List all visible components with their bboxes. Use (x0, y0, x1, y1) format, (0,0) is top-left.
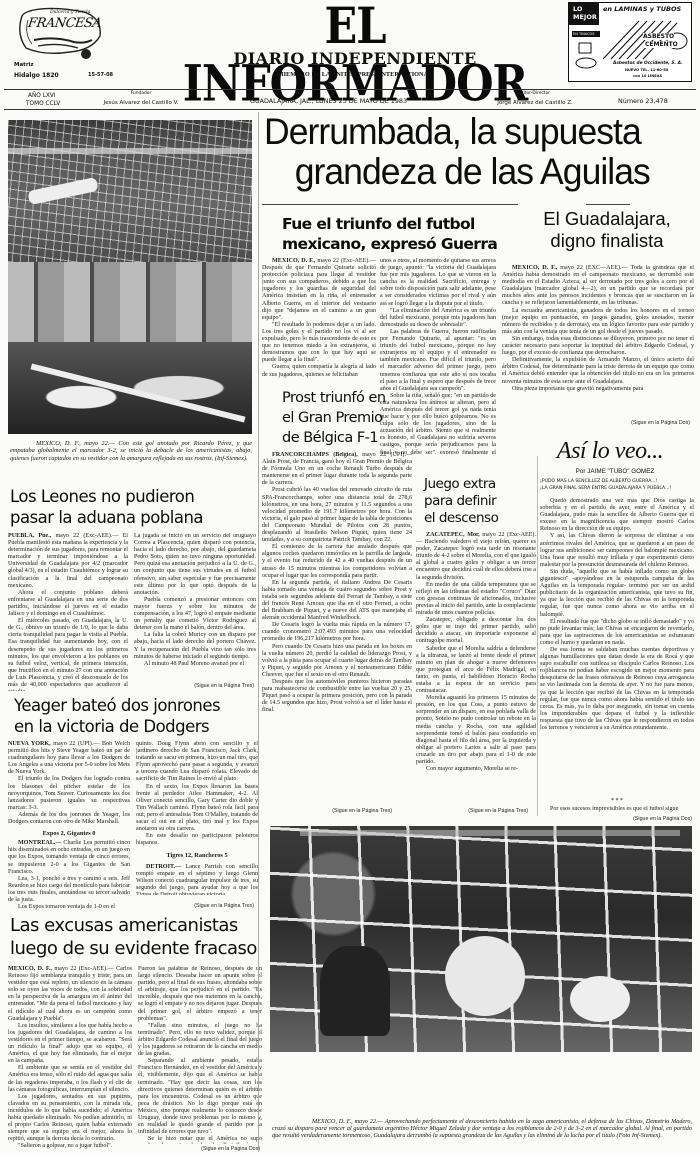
tigres-rancheros-subhead: Tigres 12, Rancheros 5 (136, 852, 258, 859)
guerra-article-col1: MEXICO, D. F., mayo 22 (Exc-AEE).— Despu… (262, 258, 376, 378)
issue-number: Número 23,478 (618, 97, 668, 105)
expos-gigantes-subhead: Expos 2, Gigantes 0 (8, 830, 130, 837)
yeager-article-col2: quinto. Doug Flynn abrió con sencillo y … (136, 741, 258, 895)
yeager-article-col1: NUEVA YORK, mayo 22 (UPI).— Bob Welch pe… (8, 741, 130, 911)
excusas-continued-link[interactable]: (Sigue en la Página Dos) (138, 1146, 260, 1152)
prost-headline-line2: el Gran Premio (282, 408, 422, 428)
ad-brand-top: Dulceria y Tienda (50, 10, 90, 15)
prost-article: FRANCORCHAMPS (Bélgica), mayo 22 (UPI).—… (262, 452, 412, 804)
asi-lo-veo-headline: Así lo veo... (550, 438, 670, 465)
yeager-headline: Yeager bateó dos jonrones en la victoria… (14, 695, 264, 737)
asi-lo-veo-continued-link[interactable]: (Sigue en la Página Dos) (560, 816, 692, 822)
ad-headline: en LAMINAS y TUBOS (603, 5, 681, 13)
leones-article-col1: PUEBLA, Pue., mayo 22 (Exc-AEE).— El Pue… (8, 533, 128, 691)
ad-side-label: EN TINACOS (572, 31, 600, 37)
prost-continued-link[interactable]: (Sigue en la Página Tres) (262, 808, 392, 814)
finalista-dateline: MEXICO, D. F., (512, 265, 557, 271)
guerra-headline: Fue el triunfo del futbol mexicano, expr… (282, 214, 502, 254)
juego-extra-dateline: ZACATEPEC, Mor, (426, 532, 480, 538)
juego-extra-article: ZACATEPEC, Mor, mayo 22 (Exc-AEE).— Haci… (416, 532, 536, 804)
masthead: Dulceria y Tienda FRANCESA Matriz Hidalg… (0, 0, 700, 88)
yeager-headline-line2: en la victoria de Dodgers (14, 716, 264, 737)
prost-headline-line1: Prost triunfó en (282, 388, 422, 408)
founder-label: Fundador (96, 91, 186, 96)
goal-net-photo[interactable] (8, 120, 252, 262)
photo-stadium-stripe (8, 148, 252, 154)
main-headline-rule-right (586, 204, 630, 205)
year-label: AÑO LXVI (28, 93, 56, 99)
asi-lo-veo-tail: Por esos sucesos imprevisibles es que el… (540, 806, 694, 813)
finalista-article: MEXICO, D. F., mayo 22 (EXC—AEE).— Toda … (502, 265, 694, 415)
photo-ad-banner (300, 830, 680, 836)
photo-player (27, 177, 98, 205)
excusas-article-col2: Fueron las palabras de Reinoso, después … (138, 966, 262, 1144)
newspaper-member-line: MIEMBRO DE LA UNITED PRESS INTERNATIONAL (150, 71, 560, 78)
excusas-article-col1: MEXICO, D. F., mayo 22 (Exc-AEE).— Carlo… (8, 966, 132, 1152)
prost-dateline: FRANCORCHAMPS (Bélgica), (272, 452, 358, 458)
ad-francesa[interactable]: Dulceria y Tienda FRANCESA Matriz Hidalg… (10, 6, 120, 80)
asi-lo-veo-stars: * * * (540, 798, 694, 804)
excusas-headline-line2: luego de su evidente fracaso (10, 937, 272, 960)
ad-phone: NUEVO TEL. 11-60-50 (625, 68, 668, 72)
main-headline-line2: grandeza de las Aguilas (264, 152, 683, 192)
column-divider (537, 456, 538, 816)
founder-name: Jesús Alvarez del Castillo V. (76, 100, 206, 106)
yeager-headline-line1: Yeager bateó dos jonrones (14, 695, 264, 716)
excusas-headline-line1: Las excusas americanistas (10, 914, 272, 937)
ad-badge-line1: LO (573, 5, 597, 13)
leones-continued-link[interactable]: (Sigue en la Página Tres) (134, 683, 254, 689)
main-headline: Derrumbada, la supuesta grandeza de las … (264, 112, 700, 192)
goal-bottom-photo[interactable] (270, 826, 692, 1052)
dateline: GUADALAJARA, JAL., LUNES 23 DE MAYO DE 1… (250, 97, 407, 105)
editor-label: Editor-Director (494, 91, 574, 96)
asi-lo-veo-byline: Por JAIME "TUBO" GOMEZ (560, 468, 670, 475)
ad-asbestos[interactable]: LO MEJOR en LAMINAS y TUBOS EN TINACOS A… (568, 2, 692, 82)
ad-lines: con 10 LINEAS (633, 74, 662, 78)
finalista-continued-link[interactable]: (Sigue en la Página Dos) (560, 420, 690, 426)
column-divider (258, 112, 259, 1152)
prost-headline: Prost triunfó en el Gran Premio de Bélgi… (282, 388, 422, 448)
ad-brand: FRANCESA (27, 16, 102, 31)
asi-lo-veo-kicker1: ¡PUDO MAS LA SENCILLEZ DE ALBERTO GUERRA… (540, 479, 700, 484)
water-tank-icon (573, 41, 599, 69)
juego-extra-continued-link[interactable]: (Sigue en la Página Tres) (416, 808, 528, 814)
excusas-dateline: MEXICO, D. F., (8, 966, 52, 972)
main-headline-rule-left (262, 204, 518, 205)
photo-goalkeeper (320, 946, 390, 1036)
leones-article-col2: La jugada se inició en un servicio del u… (134, 533, 256, 683)
ad-phone: 15-57-08 (88, 72, 113, 78)
juego-extra-headline-line3: el descenso (424, 510, 534, 527)
prost-headline-line3: de Bélgica F-1 (282, 428, 422, 448)
locker-room-photo[interactable] (8, 262, 252, 434)
yeager-continued-link[interactable]: (Sigue en la Página Tres) (136, 903, 254, 909)
leones-headline: Los Leones no pudieron pasar la aduana p… (10, 486, 260, 528)
leones-dateline: PUEBLA, Pue., (8, 533, 51, 539)
top-photo-caption: MEXICO, D. F., mayo 22.— Con este gol an… (10, 440, 252, 462)
asi-lo-veo-kicker2: ¡LA GRAN FINAL SERA ENTRE GUADALAJARA Y … (540, 486, 700, 491)
ad-badge: LO MEJOR (569, 3, 599, 25)
juego-extra-headline-line2: para definir (424, 493, 534, 510)
juego-extra-headline-line1: Juego extra (424, 476, 534, 493)
finalista-headline: El Guadalajara, digno finalista (522, 208, 692, 252)
ad-product-line2: CEMENTO (645, 41, 678, 48)
yeager-dateline: NUEVA YORK, (8, 741, 51, 747)
leones-headline-line2: pasar la aduana poblana (10, 507, 260, 528)
excusas-headline: Las excusas americanistas luego de su ev… (10, 914, 272, 960)
tome-label: TOMO CCLV (26, 101, 60, 107)
main-headline-line1: Derrumbada, la supuesta (264, 112, 683, 152)
infobar-bottom-rule (4, 109, 696, 110)
ad-address: Hidalgo 1820 (14, 72, 59, 79)
editor-name: Jorge Alvarez del Castillo Z. (470, 100, 600, 106)
newspaper-subtitle: DIARIO INDEPENDIENTE (150, 49, 560, 68)
guerra-dateline: MEXICO, D. F., (272, 258, 315, 264)
asi-lo-veo-article: Quedó demostrado una vez más que Dios ca… (540, 498, 694, 796)
ad-badge-line2: MEJOR (573, 13, 597, 21)
juego-extra-headline: Juego extra para definir el descenso (424, 476, 534, 527)
photo-ball (445, 936, 525, 1016)
ad-address-label: Matriz (14, 62, 34, 68)
leones-headline-line1: Los Leones no pudieron (10, 486, 260, 507)
photo-player-white (570, 976, 630, 1022)
bottom-photo-caption: MEXICO, D. F., mayo 22.— Aprovechando pe… (272, 1118, 692, 1140)
ad-product-line1: ASBESTO (643, 33, 674, 40)
ad-company: Asbestos de Occidente, S. A. (613, 61, 683, 66)
infobar: AÑO LXVI TOMO CCLV Fundador Jesús Alvare… (0, 90, 700, 110)
